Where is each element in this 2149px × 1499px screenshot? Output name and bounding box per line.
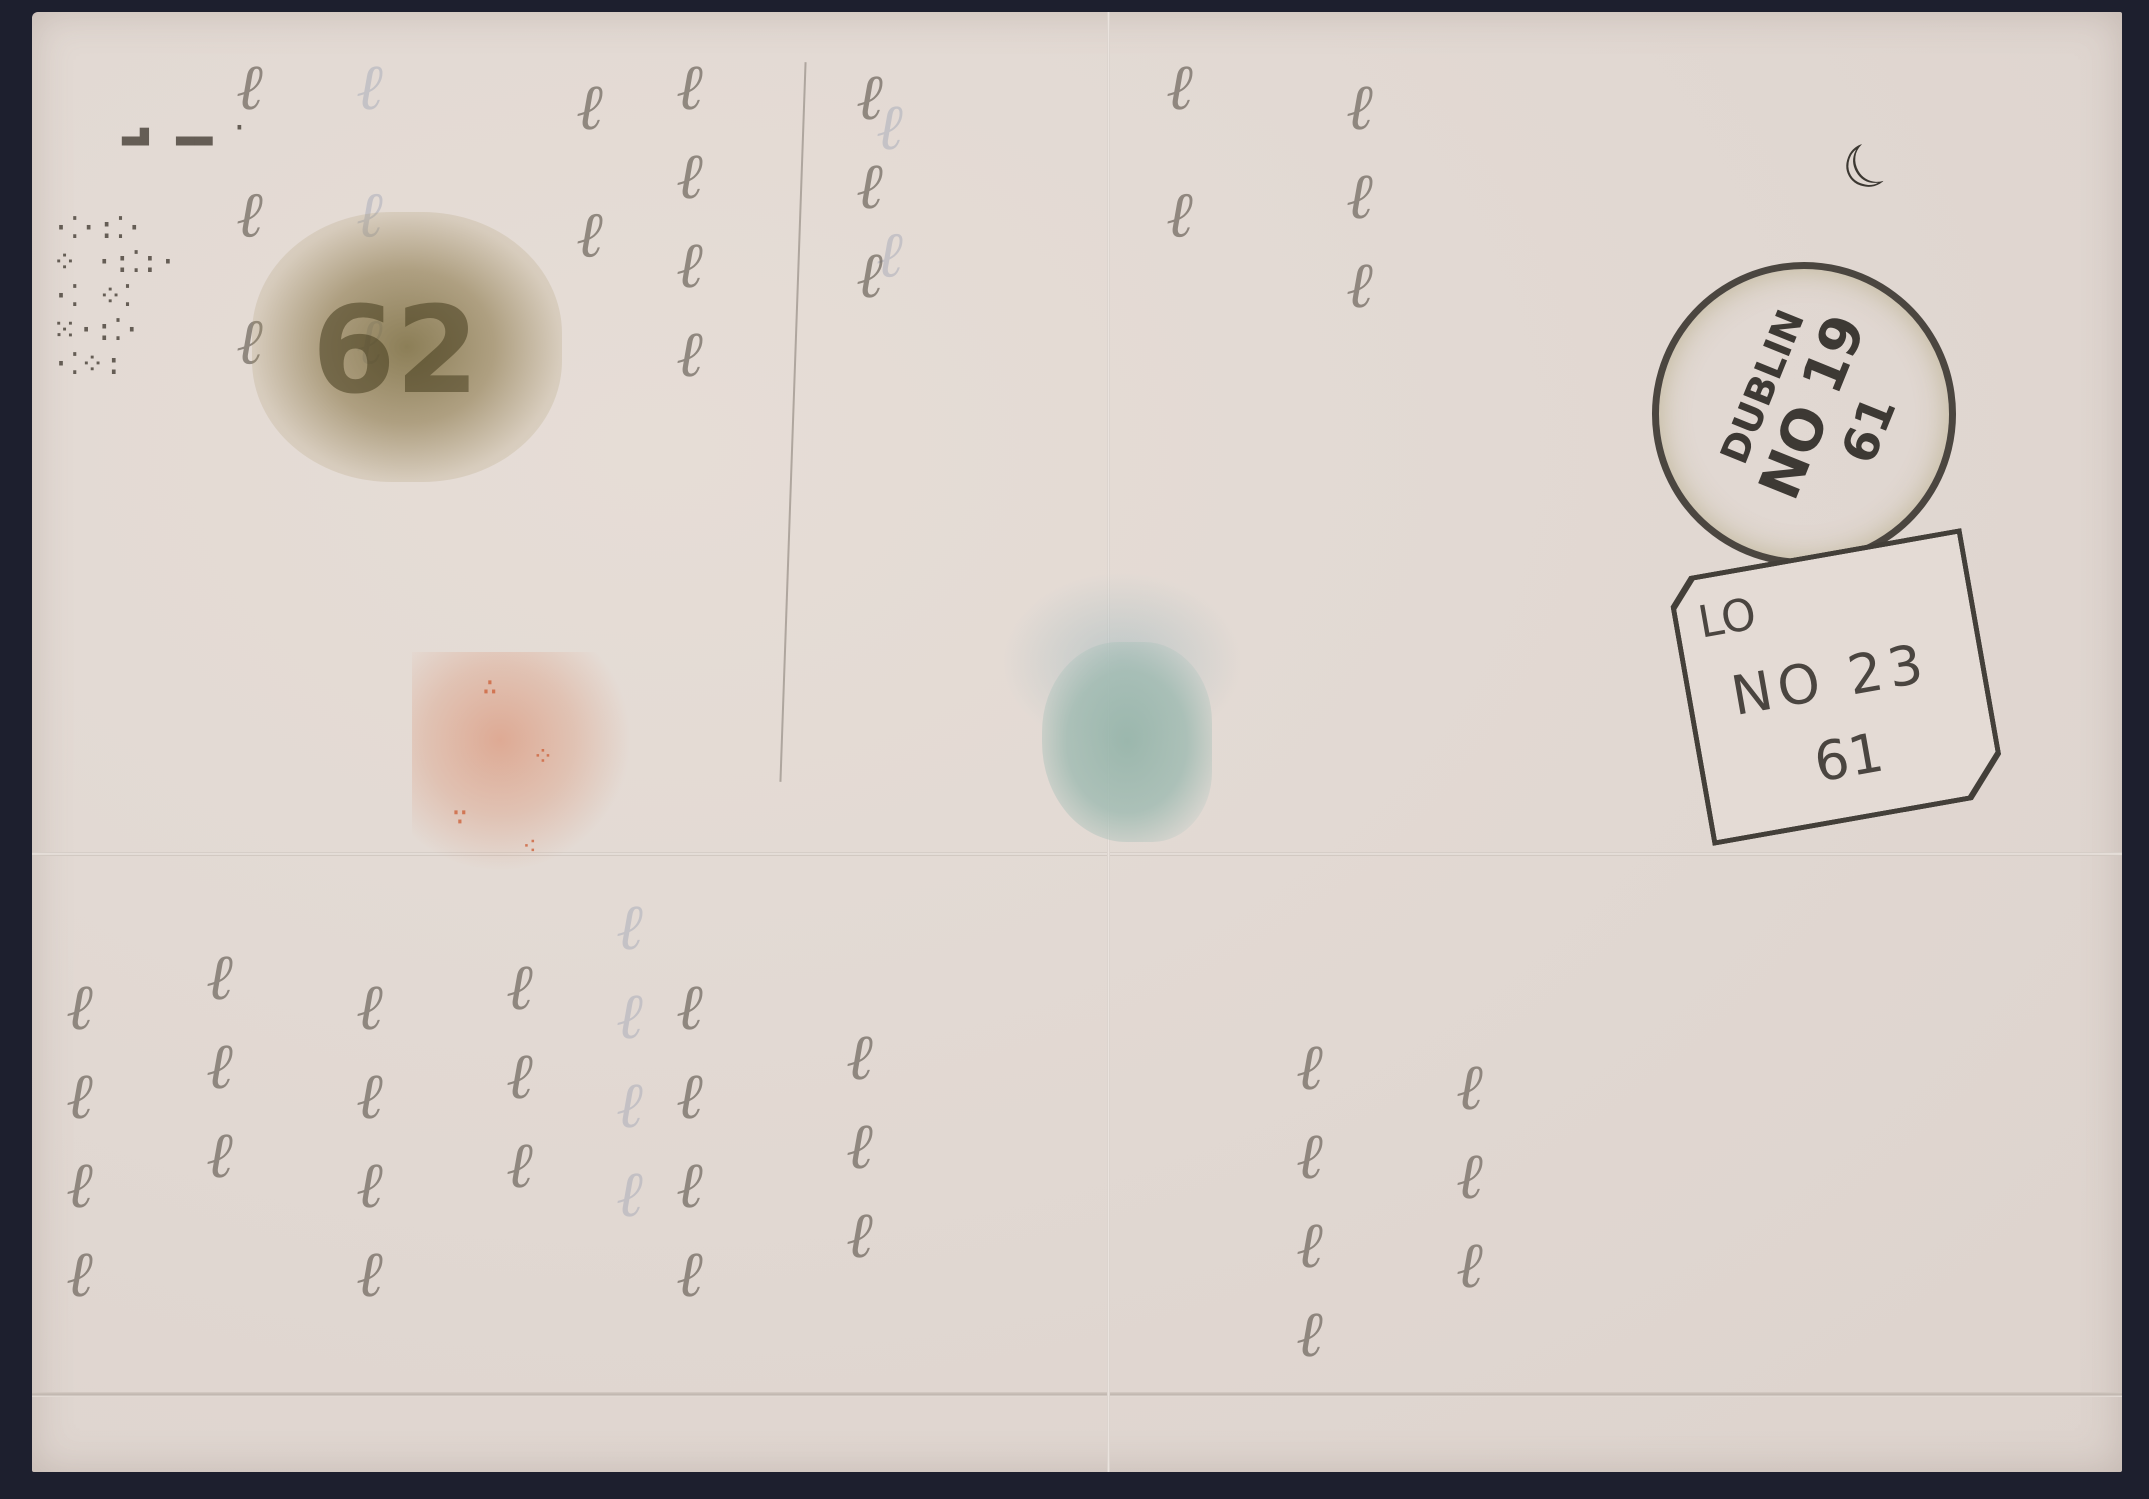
manuscript-column: ℓℓℓ	[1432, 1052, 1506, 1319]
horizontal-fold	[32, 852, 2122, 856]
red-handstamp: ∴ ⁘ ∵ ⁖	[412, 652, 632, 872]
octa-year: 61	[1809, 721, 1888, 795]
pencil-stroke	[779, 62, 806, 782]
manuscript-column: ℓℓℓℓ	[1272, 1032, 1346, 1388]
octa-date: NO 23	[1727, 631, 1934, 728]
manuscript-column: ℓℓℓ	[1322, 72, 1396, 339]
manuscript-column: ℓℓℓ	[182, 942, 256, 1209]
bottom-fold	[32, 1392, 2122, 1397]
manuscript-column: ℓℓℓ	[482, 952, 556, 1219]
manuscript-column: ℓℓℓ	[832, 62, 906, 329]
manuscript-column: ℓℓℓ	[822, 1022, 896, 1289]
manuscript-column: ℓ ℓ	[552, 72, 626, 288]
octa-town: LO	[1694, 588, 1760, 648]
letter-sheet: ℓ ℓ ℓ ℓ ℓ ℓℓℓℓ ℓ ℓ ℓ ℓ ℓ ℓℓℓℓ ℓℓℓ ℓ ℓ ℓℓ…	[32, 12, 2122, 1472]
octagonal-datestamp: LO NO 23 61	[1666, 528, 2008, 846]
manuscript-column: ℓℓℓℓ	[332, 972, 406, 1328]
numeral-cancel-text: 62	[312, 282, 479, 421]
circular-datestamp: DUBLIN NO 19 61	[1632, 242, 1975, 585]
wax-seal	[1042, 642, 1212, 842]
crescent-ink-mark: ☾	[1828, 123, 1910, 211]
manuscript-column: ℓ ℓ	[1142, 52, 1216, 268]
numeral-cancel: 62	[252, 212, 562, 482]
dotted-cancel-bars: ·⁚·:⁚·⁘ ·:⁚:··⁚ ⁘⁚⁙·:⁚··⁚⁘:	[52, 212, 177, 382]
manuscript-column: ℓℓℓℓ	[652, 52, 726, 408]
ink-blots: ▂▖ ▂▂ ·	[122, 112, 248, 146]
manuscript-column: ℓℓℓℓ	[652, 972, 726, 1328]
manuscript-column: ℓℓℓℓ	[42, 972, 116, 1328]
